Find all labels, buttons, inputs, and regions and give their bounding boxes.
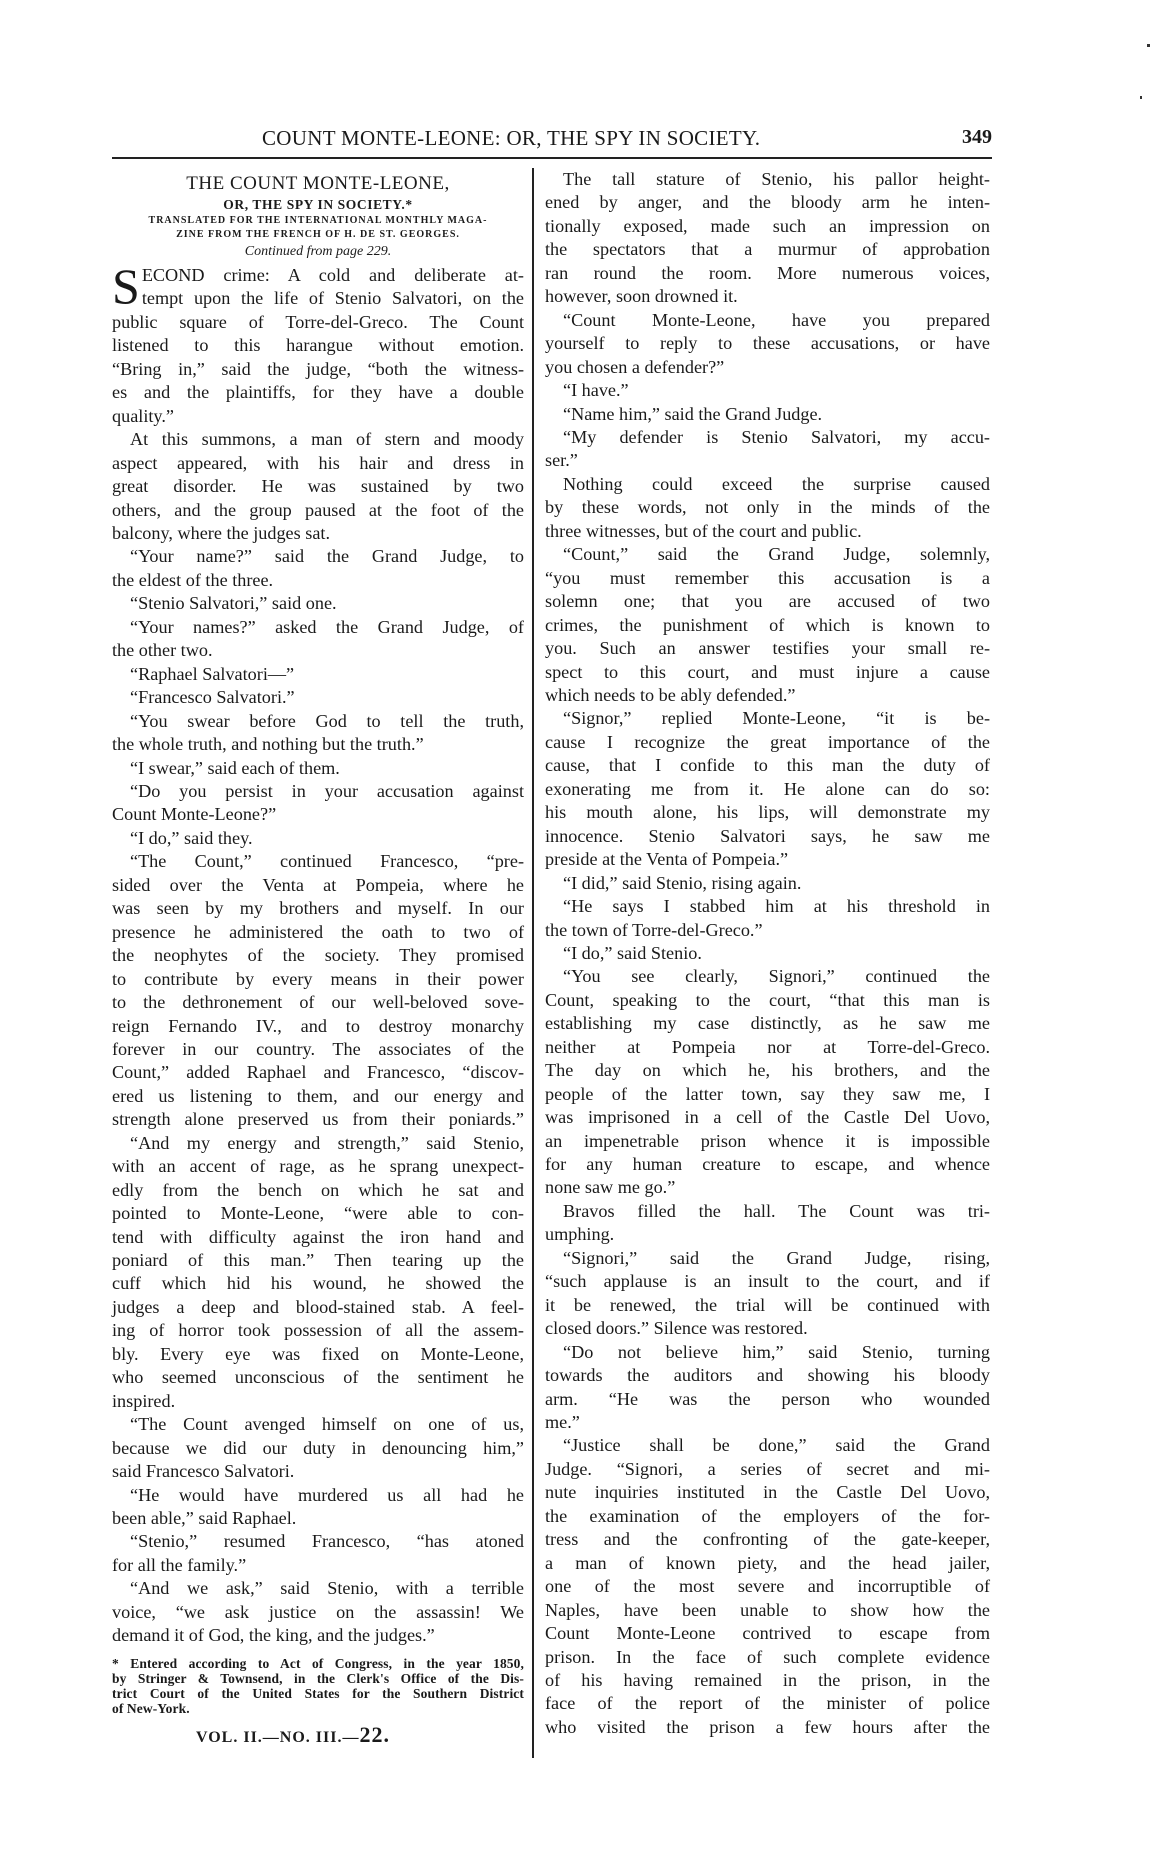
text-line: the town of Torre-del-Greco.”	[545, 919, 990, 942]
text-line: “You swear before God to tell the truth,	[112, 710, 524, 733]
text-line: tionally exposed, made such an impressio…	[545, 215, 990, 238]
text-line: At this summons, a man of stern and mood…	[112, 428, 524, 451]
text-line: “I have.”	[545, 379, 990, 402]
text-line: “The Count,” continued Francesco, “pre-	[112, 850, 524, 873]
text-line: Count Monte-Leone?”	[112, 803, 524, 826]
text-line: towards the auditors and showing his blo…	[545, 1364, 990, 1387]
text-line: yourself to reply to these accusations, …	[545, 332, 990, 355]
text-line: edly from the bench on which he sat and	[112, 1179, 524, 1202]
footnote-line: of New-York.	[112, 1701, 524, 1716]
text-line: Judge. “Signori, a series of secret and …	[545, 1458, 990, 1481]
text-line: “Name him,” said the Grand Judge.	[545, 403, 990, 426]
text-line: for all the family.”	[112, 1554, 524, 1577]
text-line: sided over the Venta at Pompeia, where h…	[112, 874, 524, 897]
text-line: one of the most severe and incorruptible…	[545, 1575, 990, 1598]
text-line: aspect appeared, with his hair and dress…	[112, 452, 524, 475]
text-line: a man of known piety, and the head jaile…	[545, 1552, 990, 1575]
text-line: “Signori,” said the Grand Judge, rising,	[545, 1247, 990, 1270]
text-line: “Your names?” asked the Grand Judge, of	[112, 616, 524, 639]
text-line: reign Fernando IV., and to destroy monar…	[112, 1015, 524, 1038]
text-line: you chosen a defender?”	[545, 356, 990, 379]
text-line: Count, speaking to the court, “that this…	[545, 989, 990, 1012]
volume-number: VOL. II.—NO. III.—	[196, 1729, 359, 1746]
text-line: demand it of God, the king, and the judg…	[112, 1624, 524, 1647]
text-line: which needs to be ably defended.”	[545, 684, 990, 707]
text-line: “Bring in,” said the judge, “both the wi…	[112, 358, 524, 381]
text-line: it be renewed, the trial will be continu…	[545, 1294, 990, 1317]
text-line: Bravos filled the hall. The Count was tr…	[545, 1200, 990, 1223]
text-line: great disorder. He was sustained by two	[112, 475, 524, 498]
text-line: said Francesco Salvatori.	[112, 1460, 524, 1483]
text-line: been able,” said Raphael.	[112, 1507, 524, 1530]
running-head: COUNT MONTE-LEONE: OR, THE SPY IN SOCIET…	[112, 126, 992, 154]
scan-speck	[1147, 44, 1150, 47]
running-title: COUNT MONTE-LEONE: OR, THE SPY IN SOCIET…	[262, 126, 760, 151]
text-line: listened to this harangue without emotio…	[112, 334, 524, 357]
text-line: “Raphael Salvatori—”	[112, 663, 524, 686]
text-line: ran round the room. More numerous voices…	[545, 262, 990, 285]
text-line: you. Such an answer testifies your small…	[545, 637, 990, 660]
text-line: innocence. Stenio Salvatori says, he saw…	[545, 825, 990, 848]
text-line: “Your name?” said the Grand Judge, to	[112, 545, 524, 568]
text-line: who visited the prison a few hours after…	[545, 1716, 990, 1739]
text-line: “Stenio Salvatori,” said one.	[112, 592, 524, 615]
article-subtitle: OR, THE SPY IN SOCIETY.*	[112, 196, 524, 214]
text-line: “such applause is an insult to the court…	[545, 1270, 990, 1293]
text-line: “you must remember this accusation is a	[545, 567, 990, 590]
text-line: the examination of the employers of the …	[545, 1505, 990, 1528]
footnote-line: by Stringer & Townsend, in the Clerk's O…	[112, 1671, 524, 1686]
text-line: crimes, the punishment of which is known…	[545, 614, 990, 637]
text-line: cause I recognize the great importance o…	[545, 731, 990, 754]
text-line: cause, that I confide to this man the du…	[545, 754, 990, 777]
text-line: es and the plaintiffs, for they have a d…	[112, 381, 524, 404]
text-line: with an accent of rage, as he sprang une…	[112, 1155, 524, 1178]
text-line: forever in our country. The associates o…	[112, 1038, 524, 1061]
text-line: by these words, not only in the minds of…	[545, 496, 990, 519]
text-line: “I swear,” said each of them.	[112, 757, 524, 780]
left-column: THE COUNT MONTE-LEONE, OR, THE SPY IN SO…	[112, 168, 524, 1716]
continued-note: Continued from page 229.	[112, 242, 524, 262]
text-line: his mouth alone, his lips, will demonstr…	[545, 801, 990, 824]
text-line: “Francesco Salvatori.”	[112, 686, 524, 709]
text-line: The tall stature of Stenio, his pallor h…	[545, 168, 990, 191]
text-line: preside at the Venta of Pompeia.”	[545, 848, 990, 871]
text-line: “My defender is Stenio Salvatori, my acc…	[545, 426, 990, 449]
scan-speck	[1140, 96, 1142, 99]
footnote-line: trict Court of the United States for the…	[112, 1686, 524, 1701]
text-line: “Count Monte-Leone, have you prepared	[545, 309, 990, 332]
body-text-left: S ECOND crime: A cold and deliberate at-…	[112, 264, 524, 1648]
copyright-footnote: * Entered according to Act of Congress, …	[112, 1656, 524, 1716]
text-line: “The Count avenged himself on one of us,	[112, 1413, 524, 1436]
text-line: establishing my case distinctly, as he s…	[545, 1012, 990, 1035]
text-line: who seemed unconscious of the sentiment …	[112, 1366, 524, 1389]
text-line: the eldest of the three.	[112, 569, 524, 592]
text-line: “Signor,” replied Monte-Leone, “it is be…	[545, 707, 990, 730]
text-line: strength alone preserved us from their p…	[112, 1108, 524, 1131]
text-line: ser.”	[545, 449, 990, 472]
text-line: Nothing could exceed the surprise caused	[545, 473, 990, 496]
text-line: was imprisoned in a cell of the Castle D…	[545, 1106, 990, 1129]
text-line: Count,” added Raphael and Francesco, “di…	[112, 1061, 524, 1084]
text-line: was seen by my brothers and myself. In o…	[112, 897, 524, 920]
text-line: me.”	[545, 1411, 990, 1434]
text-line: for any human creature to escape, and wh…	[545, 1153, 990, 1176]
text-line: the neophytes of the society. They promi…	[112, 944, 524, 967]
text-line: umphing.	[545, 1223, 990, 1246]
text-line: tempt upon the life of Stenio Salvatori,…	[112, 287, 524, 310]
text-line: to contribute by every means in their po…	[112, 968, 524, 991]
text-line: tend with difficulty against the iron ha…	[112, 1226, 524, 1249]
volume-signature: VOL. II.—NO. III.—22.	[196, 1722, 390, 1748]
right-column-lines: The tall stature of Stenio, his pallor h…	[545, 168, 990, 1739]
text-line: cuff which hid his wound, he showed the	[112, 1272, 524, 1295]
magazine-page: COUNT MONTE-LEONE: OR, THE SPY IN SOCIET…	[0, 0, 1176, 1850]
text-line: Count Monte-Leone contrived to escape fr…	[545, 1622, 990, 1645]
text-line: three witnesses, but of the court and pu…	[545, 520, 990, 543]
text-line: quality.”	[112, 405, 524, 428]
text-line: however, soon drowned it.	[545, 285, 990, 308]
text-line: “You see clearly, Signori,” continued th…	[545, 965, 990, 988]
text-line: “Do not believe him,” said Stenio, turni…	[545, 1341, 990, 1364]
text-line: spect to this court, and must injure a c…	[545, 661, 990, 684]
text-line: ered us listening to them, and our energ…	[112, 1085, 524, 1108]
drop-cap: S	[112, 266, 140, 310]
signature-mark: 22.	[359, 1722, 390, 1747]
text-line: “He would have murdered us all had he	[112, 1484, 524, 1507]
translation-credit-line-1: TRANSLATED FOR THE INTERNATIONAL MONTHLY…	[112, 214, 524, 228]
text-line: the spectators that a murmur of approbat…	[545, 238, 990, 261]
text-line: exonerating me from it. He alone can do …	[545, 778, 990, 801]
text-line: The day on which he, his brothers, and t…	[545, 1059, 990, 1082]
text-line: “I do,” said they.	[112, 827, 524, 850]
header-rule	[112, 157, 992, 159]
text-line: poniard of this man.” Then tearing up th…	[112, 1249, 524, 1272]
text-line: an impenetrable prison whence it is impo…	[545, 1130, 990, 1153]
text-line: nute inquiries instituted in the Castle …	[545, 1481, 990, 1504]
footnote-line: * Entered according to Act of Congress, …	[112, 1656, 524, 1671]
text-line: tress and the confronting of the gate-ke…	[545, 1528, 990, 1551]
article-title: THE COUNT MONTE-LEONE,	[112, 172, 524, 196]
text-line: “I did,” said Stenio, rising again.	[545, 872, 990, 895]
text-line: “Justice shall be done,” said the Grand	[545, 1434, 990, 1457]
text-line: “Stenio,” resumed Francesco, “has atoned	[112, 1530, 524, 1553]
text-line: “Count,” said the Grand Judge, solemnly,	[545, 543, 990, 566]
left-column-lines: ECOND crime: A cold and deliberate at-te…	[112, 264, 524, 1648]
text-line: “He says I stabbed him at his threshold …	[545, 895, 990, 918]
text-line: judges a deep and blood-stained stab. A …	[112, 1296, 524, 1319]
right-column: The tall stature of Stenio, his pallor h…	[545, 168, 990, 1739]
text-line: of his having remained in the prison, in…	[545, 1669, 990, 1692]
text-line: neither at Pompeia nor at Torre-del-Grec…	[545, 1036, 990, 1059]
column-divider	[532, 168, 534, 1758]
text-line: closed doors.” Silence was restored.	[545, 1317, 990, 1340]
text-line: solemn one; that you are accused of two	[545, 590, 990, 613]
text-line: ing of horror took possession of all the…	[112, 1319, 524, 1342]
text-line: ECOND crime: A cold and deliberate at-	[112, 264, 524, 287]
text-line: people of the latter town, say they saw …	[545, 1083, 990, 1106]
text-line: voice, “we ask justice on the assassin! …	[112, 1601, 524, 1624]
text-line: the other two.	[112, 639, 524, 662]
text-line: others, and the group paused at the foot…	[112, 499, 524, 522]
text-line: inspired.	[112, 1390, 524, 1413]
text-line: bly. Every eye was fixed on Monte-Leone,	[112, 1343, 524, 1366]
page-number: 349	[962, 126, 992, 149]
text-line: pointed to Monte-Leone, “were able to co…	[112, 1202, 524, 1225]
text-line: balcony, where the judges sat.	[112, 522, 524, 545]
text-line: prison. In the face of such complete evi…	[545, 1646, 990, 1669]
text-line: presence he administered the oath to two…	[112, 921, 524, 944]
text-line: “I do,” said Stenio.	[545, 942, 990, 965]
text-line: to the dethronement of our well-beloved …	[112, 991, 524, 1014]
text-line: “And my energy and strength,” said Steni…	[112, 1132, 524, 1155]
text-line: ened by anger, and the bloody arm he int…	[545, 191, 990, 214]
text-line: face of the report of the minister of po…	[545, 1692, 990, 1715]
text-line: arm. “He was the person who wounded	[545, 1388, 990, 1411]
text-line: public square of Torre-del-Greco. The Co…	[112, 311, 524, 334]
text-line: none saw me go.”	[545, 1176, 990, 1199]
text-line: because we did our duty in denouncing hi…	[112, 1437, 524, 1460]
text-line: “And we ask,” said Stenio, with a terrib…	[112, 1577, 524, 1600]
text-line: the whole truth, and nothing but the tru…	[112, 733, 524, 756]
translation-credit-line-2: ZINE FROM THE FRENCH OF H. DE ST. GEORGE…	[112, 228, 524, 242]
text-line: Naples, have been unable to show how the	[545, 1599, 990, 1622]
text-line: “Do you persist in your accusation again…	[112, 780, 524, 803]
